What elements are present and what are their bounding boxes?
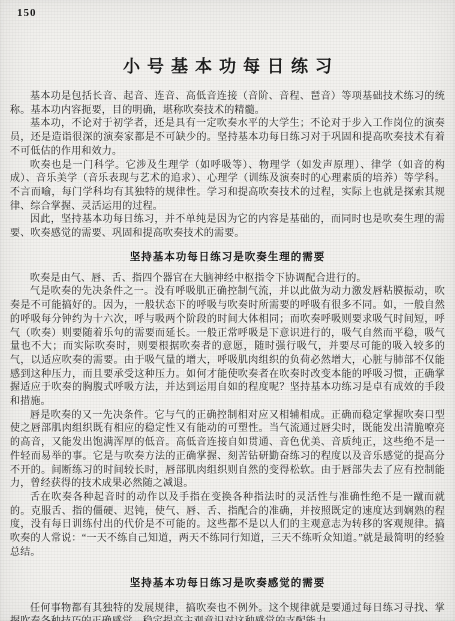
section-heading-sensation-need: 坚持基本功每日练习是吹奏感觉的需要	[10, 575, 445, 590]
section-heading-physiological-need: 坚持基本功每日练习是吹奏生理的需要	[10, 249, 445, 264]
section1-paragraph-3: 唇是吹奏的又一先决条件。它与气的正确控制相对应又相辅相成。正确而稳定掌握吹奏口型…	[10, 409, 445, 491]
intro-paragraph-1: 基本功是包括长音、起音、连音、高低音连接（音阶、音程、琶音）等项基础技术练习的统…	[10, 90, 445, 117]
intro-paragraph-4: 因此，坚持基本功每日练习，并不单纯是因为它的内容是基础的，而同时也是吹奏生理的需…	[10, 213, 445, 240]
page-title: 小号基本功每日练习	[10, 0, 445, 77]
intro-paragraph-2: 基本功，不论对于初学者，还是具有一定吹奏水平的大学生；不论对于步入工作岗位的演奏…	[10, 117, 445, 158]
book-page: 150 小号基本功每日练习 基本功是包括长音、起音、连音、高低音连接（音阶、音程…	[0, 0, 455, 621]
section1-paragraph-1: 吹奏是由气、唇、舌、指四个器官在大脑神经中枢指令下协调配合进行的。	[10, 272, 445, 286]
section1-paragraph-4: 舌在吹奏各种起音时的动作以及手指在变换各种指法时的灵活性与准确性绝不是一蹴而就的…	[10, 491, 445, 560]
section2-paragraph-1: 任何事物都有其独特的发展规律，搞吹奏也不例外。这个规律就是要通过每日练习寻找、掌…	[10, 602, 445, 621]
intro-paragraph-3: 吹奏也是一门科学。它涉及生理学（如呼吸等）、物理学（如发声原理）、律学（如音的构…	[10, 159, 445, 214]
page-number: 150	[17, 7, 37, 19]
section1-paragraph-2: 气是吹奏的先决条件之一。没有呼吸肌正确控制气流，并以此做为动力激发唇粘膜振动，吹…	[10, 285, 445, 408]
